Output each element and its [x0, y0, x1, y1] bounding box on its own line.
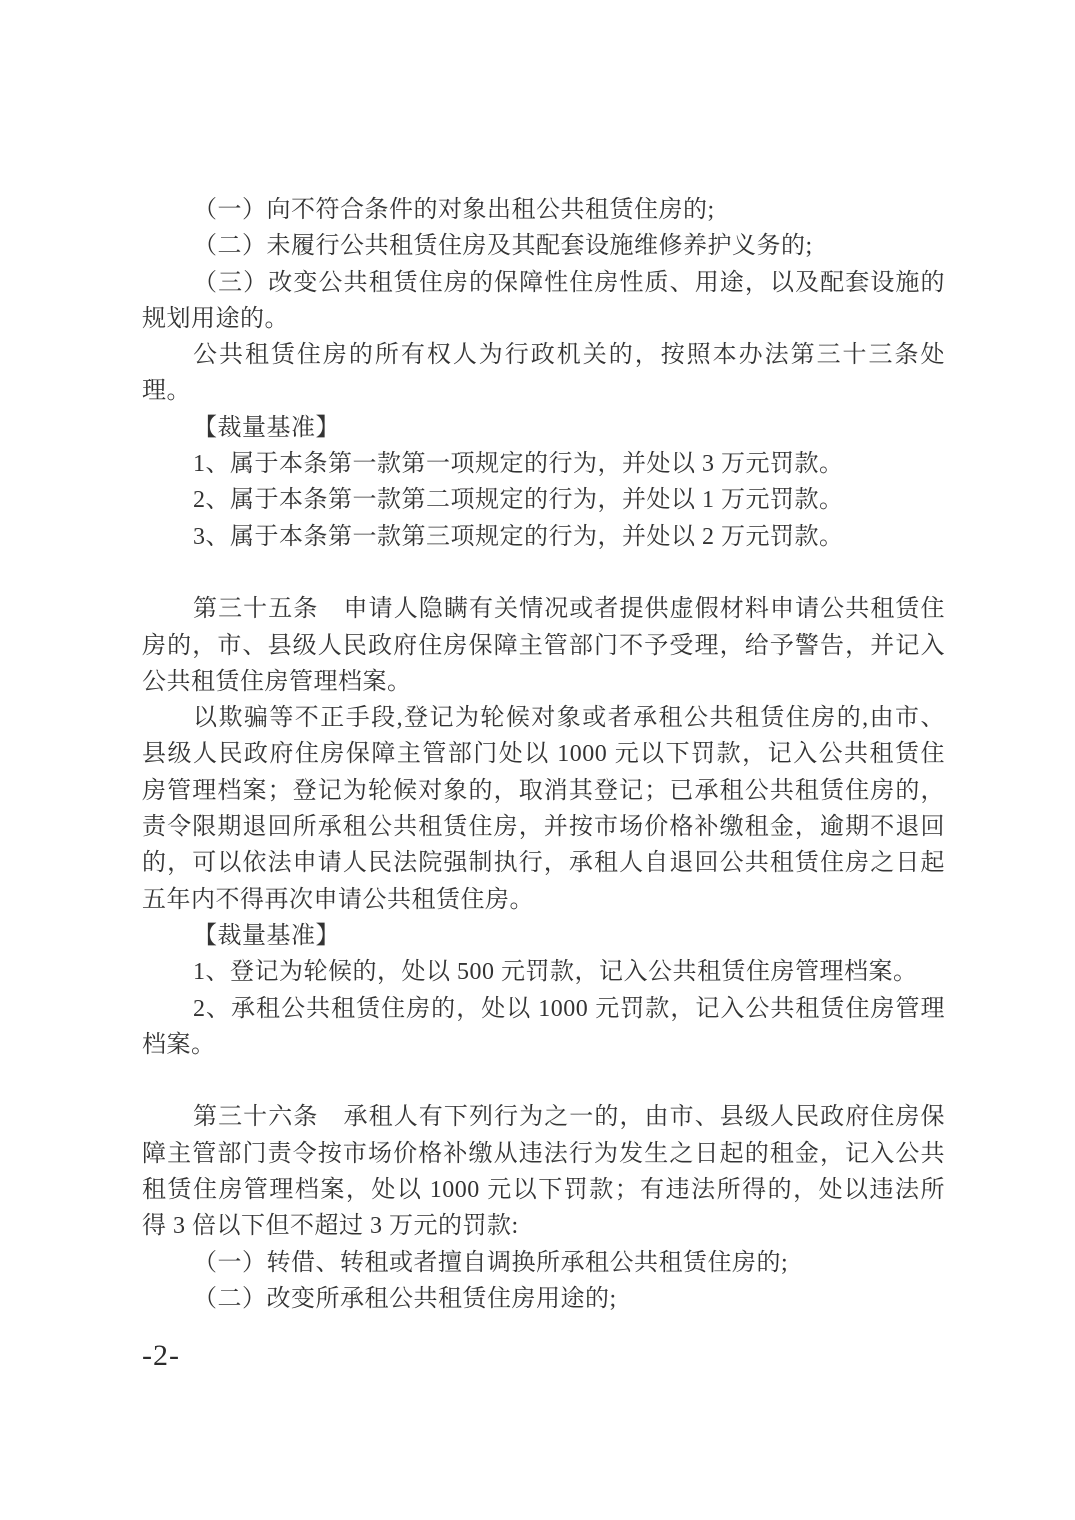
text-line: 房管理档案；登记为轮候对象的，取消其登记；已承租公共租赁住房的，: [142, 773, 945, 809]
blank-line: [142, 555, 945, 591]
text-line: 五年内不得再次申请公共租赁住房。: [142, 882, 945, 918]
clause-line: （一）向不符合条件的对象出租公共租赁住房的;: [142, 192, 945, 228]
text-line: 房的，市、县级人民政府住房保障主管部门不予受理，给予警告，并记入: [142, 628, 945, 664]
body-text: （一）向不符合条件的对象出租公共租赁住房的; （二）未履行公共租赁住房及其配套设…: [142, 192, 945, 1317]
text-line: 档案。: [142, 1027, 945, 1063]
clause-line: （二）未履行公共租赁住房及其配套设施维修养护义务的;: [142, 228, 945, 264]
article-36-opening-line: 第三十六条 承租人有下列行为之一的，由市、县级人民政府住房保: [142, 1099, 945, 1135]
ruling-basis-heading: 【裁量基准】: [142, 410, 945, 446]
text-line: 障主管部门责令按市场价格补缴从违法行为发生之日起的租金，记入公共: [142, 1136, 945, 1172]
clause-line: （二）改变所承租公共租赁住房用途的;: [142, 1281, 945, 1317]
ruling-basis-item: 3、属于本条第一款第三项规定的行为，并处以 2 万元罚款。: [142, 519, 945, 555]
ruling-basis-item: 1、属于本条第一款第一项规定的行为，并处以 3 万元罚款。: [142, 446, 945, 482]
text-line: 县级人民政府住房保障主管部门处以 1000 元以下罚款，记入公共租赁住: [142, 736, 945, 772]
ruling-basis-item: 2、属于本条第一款第二项规定的行为，并处以 1 万元罚款。: [142, 482, 945, 518]
text-line: 理。: [142, 373, 945, 409]
text-line: 公共租赁住房管理档案。: [142, 664, 945, 700]
document-page: （一）向不符合条件的对象出租公共租赁住房的; （二）未履行公共租赁住房及其配套设…: [0, 0, 1075, 1520]
page-number: -2-: [142, 1338, 180, 1374]
text-line: 规划用途的。: [142, 301, 945, 337]
text-line: 公共租赁住房的所有权人为行政机关的，按照本办法第三十三条处: [142, 337, 945, 373]
text-line: 责令限期退回所承租公共租赁住房，并按市场价格补缴租金，逾期不退回: [142, 809, 945, 845]
clause-line: （三）改变公共租赁住房的保障性住房性质、用途，以及配套设施的: [142, 265, 945, 301]
ruling-basis-item: 1、登记为轮候的，处以 500 元罚款，记入公共租赁住房管理档案。: [142, 954, 945, 990]
text-line: 租赁住房管理档案，处以 1000 元以下罚款；有违法所得的，处以违法所: [142, 1172, 945, 1208]
ruling-basis-heading: 【裁量基准】: [142, 918, 945, 954]
text-line: 得 3 倍以下但不超过 3 万元的罚款:: [142, 1208, 945, 1244]
text-line: 的，可以依法申请人民法院强制执行，承租人自退回公共租赁住房之日起: [142, 845, 945, 881]
article-35-opening-line: 第三十五条 申请人隐瞒有关情况或者提供虚假材料申请公共租赁住: [142, 591, 945, 627]
text-line: 以欺骗等不正手段,登记为轮候对象或者承租公共租赁住房的,由市、: [142, 700, 945, 736]
blank-line: [142, 1063, 945, 1099]
ruling-basis-item: 2、承租公共租赁住房的，处以 1000 元罚款，记入公共租赁住房管理: [142, 991, 945, 1027]
clause-line: （一）转借、转租或者擅自调换所承租公共租赁住房的;: [142, 1245, 945, 1281]
